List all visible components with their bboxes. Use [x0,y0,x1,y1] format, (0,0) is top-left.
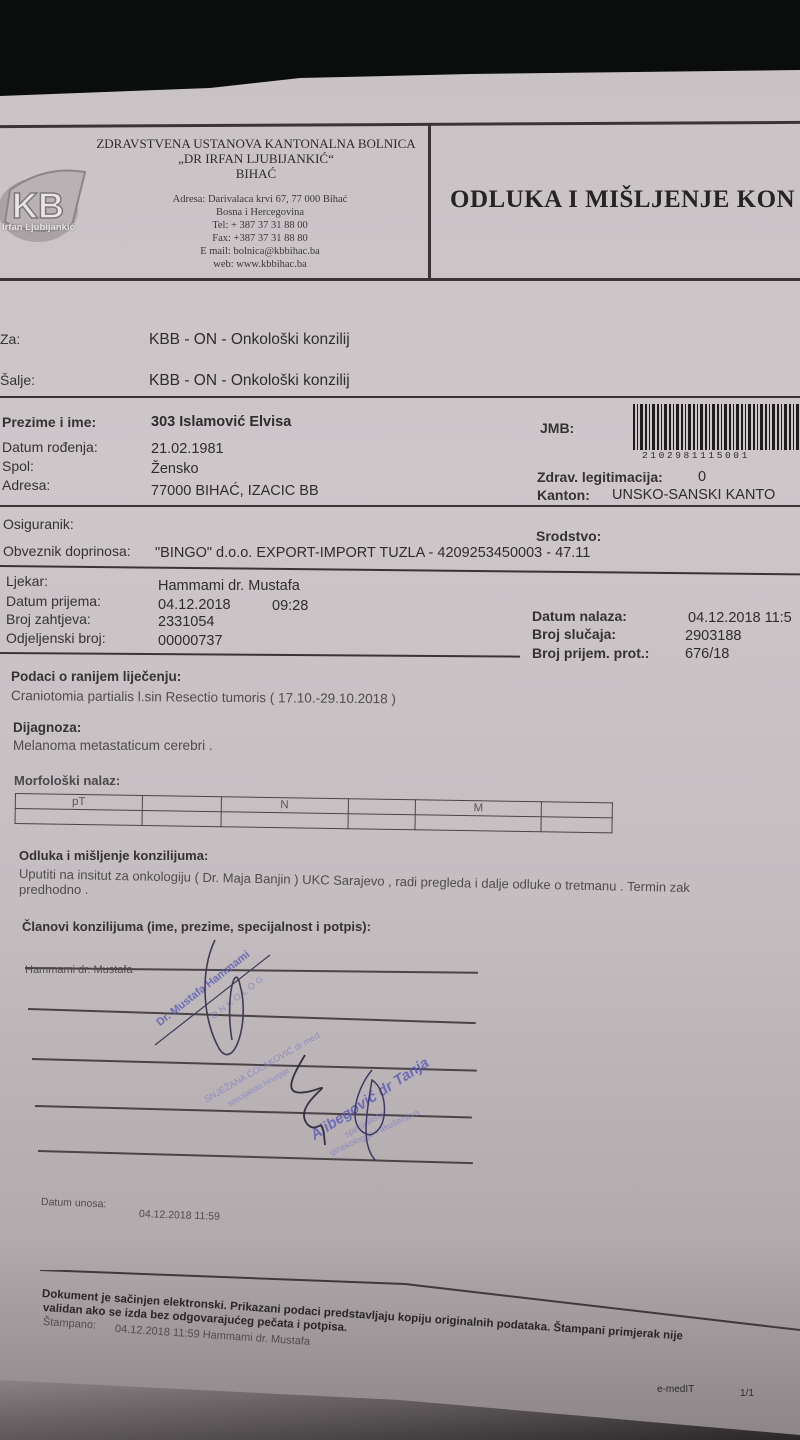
ljekar-label: Ljekar: [6,573,48,589]
jmb-barcode [633,404,800,450]
table-cell [348,799,415,815]
table-cell [15,809,142,826]
kanton-label: Kanton: [537,487,590,503]
obveznik-label: Obveznik doprinosa: [3,543,131,559]
institution-fax: Fax: +387 37 31 88 80 [100,232,420,245]
odjeljenski-value: 00000737 [158,633,223,649]
srodstvo-label: Srodstvo: [536,528,601,544]
za-value: KBB - ON - Onkološki konzilij [149,331,350,349]
name-label: Prezime i ime: [2,414,96,430]
table-cell [142,810,221,826]
document-title: ODLUKA I MIŠLJENJE KON [450,186,795,214]
broj-zahtjeva-value: 2331054 [158,614,214,630]
morfoloski-label: Morfološki nalaz: [14,773,120,788]
broj-prot-value: 676/18 [685,646,729,662]
table-cell [142,795,221,811]
page-number: 1/1 [740,1388,754,1399]
broj-slucaja-value: 2903188 [685,628,741,644]
jmb-number: 2102981115001 [642,450,750,461]
dijagnoza-label: Dijagnoza: [13,720,81,735]
odluka-label: Odluka i mišljenje konzilijuma: [19,848,208,863]
dob-label: Datum rođenja: [2,439,98,455]
address-value: 77000 BIHAĆ, IZACIC BB [151,483,319,499]
obveznik-value: "BINGO" d.o.o. EXPORT-IMPORT TUZLA - 420… [155,545,590,561]
header-bottom-border [0,278,800,281]
divider [0,505,800,507]
broj-zahtjeva-label: Broj zahtjeva: [6,611,91,627]
system-name: e-medIT [657,1384,694,1395]
institution-country: Bosna i Hercegovina [100,206,420,219]
salje-label: Šalje: [0,372,35,388]
institution-address: Adresa: Darivalaca krvi 67, 77 000 Bihać [100,193,420,206]
handwritten-signatures [140,930,500,1160]
ranije-label: Podaci o ranijem liječenju: [11,669,181,684]
dob-value: 21.02.1981 [151,441,224,457]
member-name: Hammami dr. Mustafa [25,964,133,976]
table-cell [348,814,415,830]
divider [0,396,800,398]
za-label: Za: [0,331,20,347]
broj-prot-label: Broj prijem. prot.: [532,645,649,661]
jmb-label: JMB: [540,420,574,436]
sex-label: Spol: [2,458,34,474]
institution-name: ZDRAVSTVENA USTANOVA KANTONALNA BOLNICA [86,136,426,151]
institution-web: web: www.kbbihac.ba [100,258,420,271]
header-divider [428,123,431,280]
datum-nalaza-value: 04.12.2018 11:5 [688,610,792,626]
odluka-value-line2: predhodno . [19,882,88,897]
odjeljenski-label: Odjeljenski broj: [6,630,106,646]
institution-tel: Tel: + 387 37 31 88 00 [100,219,420,232]
osiguranik-label: Osiguranik: [3,516,74,532]
institution-email: E mail: bolnica@kbbihac.ba [100,245,420,258]
name-value: 303 Islamović Elvisa [151,414,291,430]
table-cell [541,817,612,833]
sex-value: Žensko [151,461,199,477]
datum-nalaza-label: Datum nalaza: [532,608,627,624]
address-label: Adresa: [2,477,50,493]
hospital-logo: KB Irfan Ljubijankić [0,160,90,245]
salje-value: KBB - ON - Onkološki konzilij [149,372,350,390]
logo-subtext: Irfan Ljubijankić [2,222,75,233]
table-cell [542,802,613,818]
broj-slucaja-label: Broj slučaja: [532,626,616,642]
datum-prijema-label: Datum prijema: [6,593,101,609]
svg-text:KB: KB [12,185,64,226]
kanton-value: UNSKO-SANSKI KANTO [612,487,775,503]
document-paper [0,70,800,1440]
institution-city: BIHAĆ [86,166,426,181]
vrijeme-prijema-value: 09:28 [272,598,308,614]
table-cell [221,812,348,829]
institution-subname: „DR IRFAN LJUBIJANKIĆ“ [86,151,426,166]
table-cell [415,815,542,832]
dijagnoza-value: Melanoma metastaticum cerebri . [13,738,213,753]
ljekar-value: Hammami dr. Mustafa [158,578,300,594]
datum-prijema-value: 04.12.2018 [158,597,231,613]
zdrav-label: Zdrav. legitimacija: [537,469,663,485]
zdrav-value: 0 [698,469,706,485]
datum-unosa-label: Datum unosa: [41,1196,107,1210]
